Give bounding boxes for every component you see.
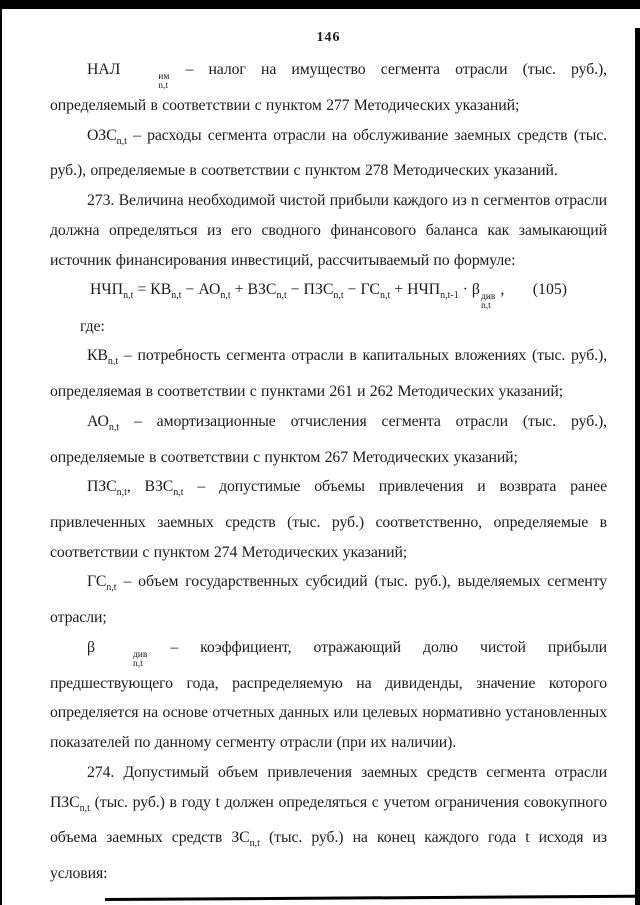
paragraph-kv-definition: КВn,t – потребность сегмента отрасли в к…	[50, 341, 607, 406]
formula-expression: НЧПn,t = КВn,t − АОn,t + ВЗСn,t − ПЗСn,t…	[90, 281, 504, 298]
paragraph-beta-definition: βдивn,t – коэффициент, отражающий долю ч…	[50, 633, 607, 758]
scan-edge-top	[0, 0, 640, 9]
document-page: 146 НАЛимn,t – налог на имущество сегмен…	[0, 0, 640, 905]
subscript: n,t	[121, 82, 169, 91]
scan-edge-left	[0, 7, 2, 905]
page-content: 146 НАЛимn,t – налог на имущество сегмен…	[50, 30, 607, 889]
paragraph-gs-definition: ГСn,t – объем государственных субсидий (…	[50, 567, 607, 632]
subscript: n,t	[117, 136, 127, 147]
subscript: n,t	[109, 422, 119, 433]
stacked-sub-sup: имn,t	[121, 73, 169, 91]
stacked-sub-sup: дивn,t	[96, 651, 147, 669]
paragraph-ao-definition: АОn,t – амортизационные отчисления сегме…	[50, 407, 607, 472]
subscript: n,t	[333, 290, 343, 301]
paragraph-where: где:	[50, 312, 607, 342]
subscript: n,t	[171, 290, 181, 301]
formula-number: (105)	[533, 275, 567, 306]
paragraph-item-273: 273. Величина необходимой чистой прибыли…	[50, 186, 607, 275]
paragraph-nal-definition: НАЛимn,t – налог на имущество сегмента о…	[50, 55, 607, 121]
formula-105: НЧПn,t = КВn,t − АОn,t + ВЗСn,t − ПЗСn,t…	[50, 275, 607, 312]
scan-edge-bottom	[105, 895, 638, 901]
subscript: n,t	[106, 582, 116, 593]
subscript: n,t	[250, 838, 260, 849]
subscript: n,t	[380, 290, 390, 301]
subscript: n,t-1	[440, 290, 459, 301]
subscript: n,t	[117, 487, 127, 498]
subscript: n,t	[481, 302, 495, 311]
subscript: n,t	[220, 290, 230, 301]
subscript: n,t	[173, 487, 183, 498]
subscript: n,t	[276, 290, 286, 301]
paragraph-ozs-definition: ОЗСn,t – расходы сегмента отрасли на обс…	[50, 121, 607, 186]
subscript: n,t	[80, 803, 90, 814]
subscript: n,t	[108, 356, 118, 367]
paragraph-item-274: 274. Допустимый объем привлечения заемны…	[50, 758, 607, 889]
subscript: n,t	[123, 290, 133, 301]
page-number: 146	[50, 30, 607, 46]
paragraph-pzs-vzs-definition: ПЗСn,t, ВЗСn,t – допустимые объемы привл…	[50, 472, 607, 567]
scan-edge-right	[635, 28, 640, 905]
subscript: n,t	[96, 660, 147, 669]
stacked-sub-sup: дивn,t	[481, 293, 495, 311]
